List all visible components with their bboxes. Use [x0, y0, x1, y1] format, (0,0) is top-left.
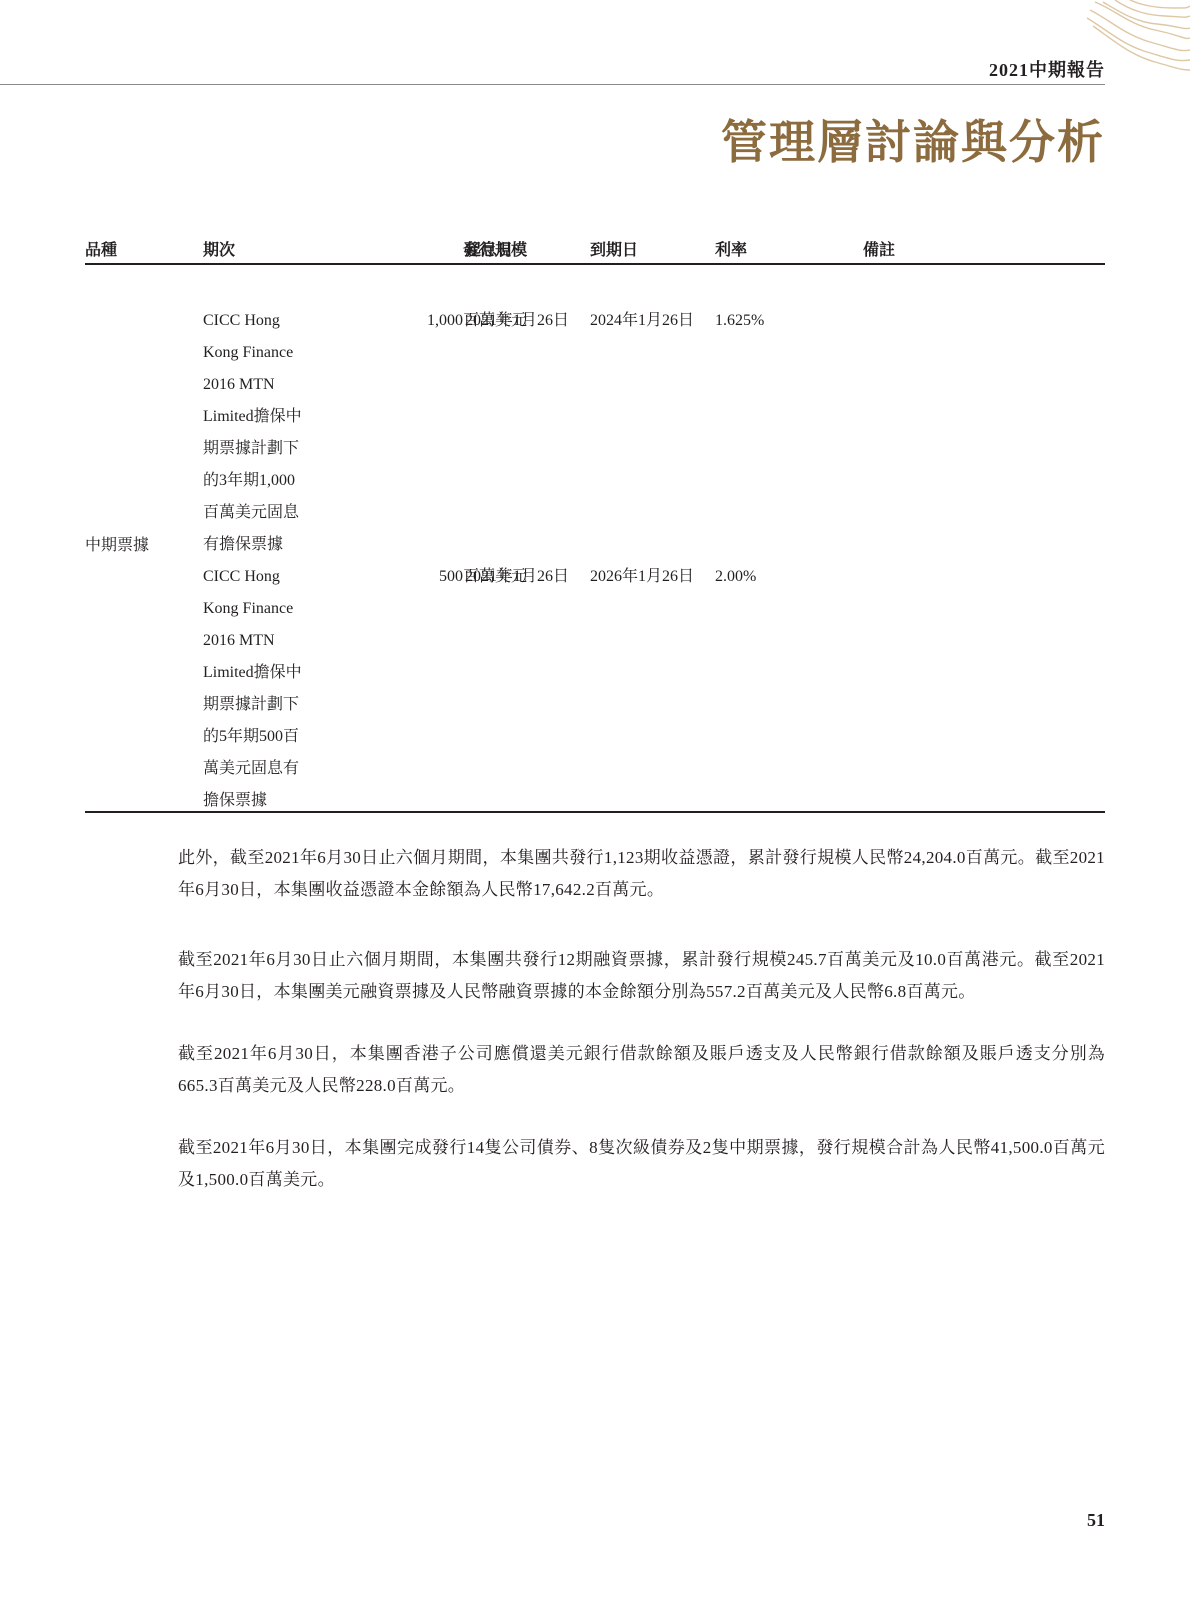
- series-line: 2016 MTN: [203, 625, 303, 657]
- paragraph-bond-issuance: 截至2021年6月30日，本集團完成發行14隻公司債券、8隻次級債券及2隻中期票…: [178, 1132, 1105, 1196]
- series-line: Limited擔保中: [203, 401, 303, 433]
- column-header-type: 品種: [85, 237, 117, 260]
- column-header-maturity-date: 到期日: [590, 237, 638, 260]
- column-header-rate: 利率: [715, 237, 747, 260]
- series-line: 的3年期1,000: [203, 465, 303, 497]
- series-line: 有擔保票據: [203, 529, 303, 561]
- category-cell: 中期票據: [85, 530, 149, 562]
- series-line: Limited擔保中: [203, 657, 303, 689]
- series-line: Kong Finance: [203, 337, 303, 369]
- series-line: 的5年期500百: [203, 721, 303, 753]
- table-body: 中期票據 CICC Hong Kong Finance 2016 MTN Lim…: [85, 265, 1105, 813]
- paragraph-income-certificates: 此外，截至2021年6月30日止六個月期間，本集團共發行1,123期收益憑證，累…: [178, 842, 1105, 906]
- table-header: 品種 期次 發行規模 起息日 到期日 利率 備註: [85, 230, 1105, 265]
- series-line: CICC Hong: [203, 561, 303, 593]
- maturity-date-cell-row-1: 2024年1月26日: [590, 305, 694, 337]
- notes-issuance-table: 品種 期次 發行規模 起息日 到期日 利率 備註 中期票據 CICC Hong …: [85, 230, 1105, 813]
- column-header-remark: 備註: [863, 237, 895, 260]
- series-line: 期票據計劃下: [203, 689, 303, 721]
- header-divider: [0, 84, 1105, 85]
- series-line: 萬美元固息有: [203, 753, 303, 785]
- series-line: 期票據計劃下: [203, 433, 303, 465]
- value-date-cell-row-2: 2021年1月26日: [465, 561, 569, 593]
- maturity-date-cell-row-2: 2026年1月26日: [590, 561, 694, 593]
- value-date-cell-row-1: 2021年1月26日: [465, 305, 569, 337]
- rate-cell-row-2: 2.00%: [715, 561, 756, 593]
- rate-cell-row-1: 1.625%: [715, 305, 764, 337]
- page-number: 51: [1087, 1510, 1105, 1531]
- series-line: 2016 MTN: [203, 369, 303, 401]
- series-cell-row-2: CICC Hong Kong Finance 2016 MTN Limited擔…: [203, 561, 303, 817]
- series-line: CICC Hong: [203, 305, 303, 337]
- page-title: 管理層討論與分析: [721, 106, 1105, 172]
- series-line: Kong Finance: [203, 593, 303, 625]
- report-label: 2021中期報告: [989, 56, 1105, 82]
- paragraph-financing-notes: 截至2021年6月30日止六個月期間，本集團共發行12期融資票據，累計發行規模2…: [178, 944, 1105, 1008]
- paragraph-bank-borrowings: 截至2021年6月30日，本集團香港子公司應償還美元銀行借款餘額及賬戶透支及人民…: [178, 1038, 1105, 1102]
- series-line: 擔保票據: [203, 785, 303, 817]
- series-cell-row-1: CICC Hong Kong Finance 2016 MTN Limited擔…: [203, 305, 303, 561]
- series-line: 百萬美元固息: [203, 497, 303, 529]
- column-header-series: 期次: [203, 237, 235, 260]
- column-header-value-date: 起息日: [465, 237, 513, 260]
